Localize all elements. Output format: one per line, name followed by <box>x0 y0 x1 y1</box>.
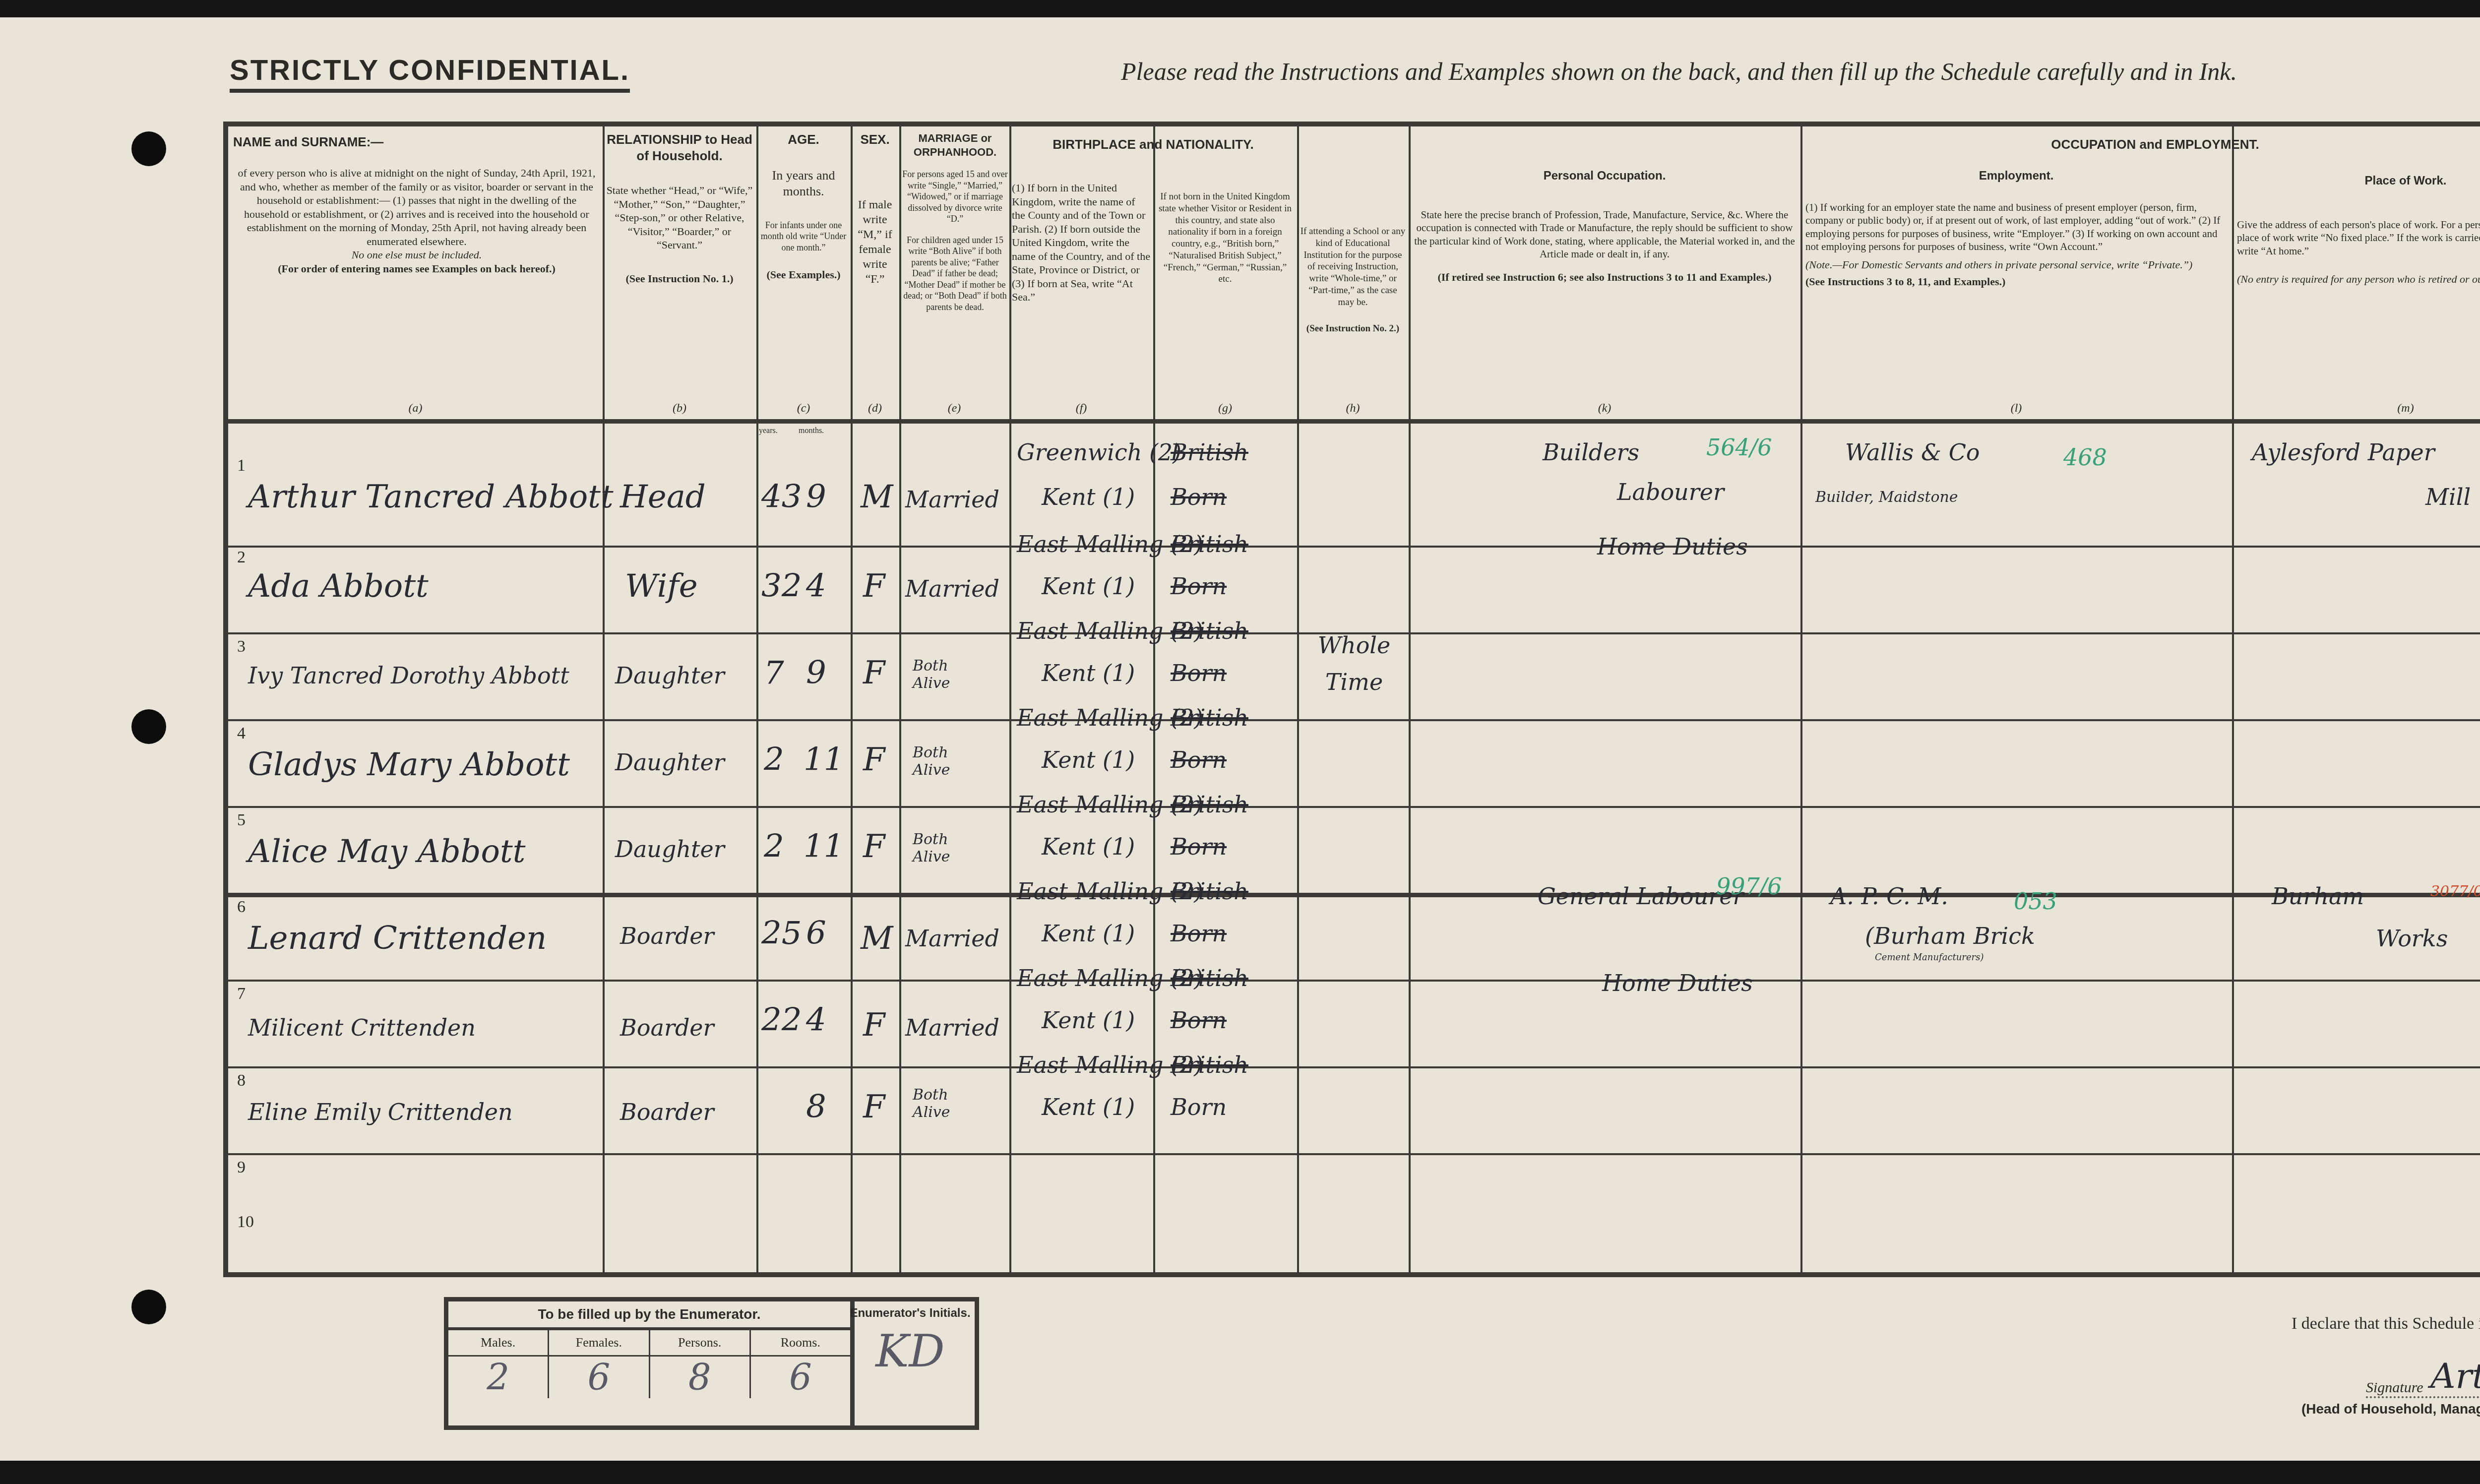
row-divider <box>228 806 2480 808</box>
header-name-body: of every person who is alive at midnight… <box>236 166 598 248</box>
column-letter-m: (m) <box>2232 402 2480 415</box>
person-name: Ada Abbott <box>248 568 429 605</box>
marriage-value: Both Alive <box>913 831 987 866</box>
nationality-value: British <box>1171 965 1248 991</box>
enumerator-summary-box: To be filled up by the Enumerator. Males… <box>444 1297 855 1430</box>
school-value: Whole Time <box>1309 627 1399 700</box>
employer-value: Wallis & Co <box>1845 439 1980 466</box>
instruction-line: Please read the Instructions and Example… <box>1121 57 2237 86</box>
header-occupation-body: State here the precise branch of Profess… <box>1414 208 1796 260</box>
header-relationship-footer: (See Instruction No. 1.) <box>605 272 754 286</box>
age-months-label: months. <box>799 427 824 435</box>
marriage-value: Married <box>905 925 999 952</box>
header-name-note: No one else must be included. <box>236 248 598 262</box>
employer-value-2: Builder, Maidstone <box>1815 489 1958 506</box>
header-age-note: For infants under one month old write “U… <box>759 220 848 253</box>
males-label: Males. <box>448 1330 548 1357</box>
nationality-value-2: Born <box>1171 1007 1227 1034</box>
age-years-value: 32 <box>761 568 802 605</box>
workplace-value-2: Mill <box>2425 484 2471 510</box>
person-name: Arthur Tancred Abbott <box>248 479 614 515</box>
header-marriage-title: MARRIAGE or ORPHANHOOD. <box>902 131 1008 159</box>
age-months-value: 11 <box>804 828 844 865</box>
occupation-value: Home Duties <box>1597 533 1748 560</box>
birthplace-county-value: Kent (1) <box>1042 746 1135 773</box>
employer-value-3: Cement Manufacturers) <box>1875 952 1984 963</box>
age-years-value: 2 <box>764 742 784 778</box>
sex-value: M <box>861 920 893 957</box>
column-letter-f: (f) <box>1009 402 1153 415</box>
birthplace-county-value: Kent (1) <box>1042 833 1135 860</box>
row-divider <box>228 546 2480 548</box>
relationship-value: Boarder <box>620 1099 714 1125</box>
nationality-value: British <box>1171 439 1248 466</box>
females-label: Females. <box>549 1330 648 1357</box>
column-letter-l: (l) <box>1800 402 2232 415</box>
age-months-value: 8 <box>806 1089 826 1125</box>
row-divider <box>228 980 2480 982</box>
header-divider <box>228 419 2480 424</box>
sex-value: F <box>863 742 885 778</box>
females-value: 6 <box>549 1357 648 1398</box>
nationality-value-2: Born <box>1171 484 1227 510</box>
row-number: 3 <box>237 637 246 656</box>
header-employment-body: (1) If working for an employer state the… <box>1805 201 2227 253</box>
punch-hole <box>131 131 166 166</box>
person-name: Gladys Mary Abbott <box>248 746 570 783</box>
relationship-value: Wife <box>625 568 698 605</box>
age-years-value: 43 <box>761 479 802 515</box>
enumerator-initials-box: Enumerator's Initials. KD <box>846 1297 979 1430</box>
nationality-value-2: Born <box>1171 920 1227 947</box>
header-employment-note: (Note.—For Domestic Servants and others … <box>1805 258 2227 272</box>
occupation-value: Home Duties <box>1602 970 1753 996</box>
row-number: 8 <box>237 1071 246 1090</box>
age-months-value: 6 <box>806 915 826 952</box>
page-title: STRICTLY CONFIDENTIAL. <box>230 54 630 93</box>
header-school-body: If attending a School or any kind of Edu… <box>1300 226 1406 308</box>
row-number: 7 <box>237 985 246 1003</box>
column-letter-h: (h) <box>1297 402 1409 415</box>
header-birthplace-title: BIRTHPLACE and NATIONALITY. <box>1012 136 1295 153</box>
sex-value: F <box>863 568 885 605</box>
header-marriage-body-children: For children aged under 15 write “Both A… <box>902 235 1008 313</box>
column-letter-e: (e) <box>899 402 1009 415</box>
signature-label: Signature <box>2366 1379 2423 1396</box>
birthplace-county-value: Kent (1) <box>1042 1007 1135 1034</box>
column-letter-b: (b) <box>603 402 756 415</box>
person-name: Alice May Abbott <box>248 833 526 870</box>
marriage-value: Both Alive <box>913 657 987 692</box>
nationality-value: British <box>1171 878 1248 905</box>
header-sex-body: If male write “M,” if female write “F.” <box>852 197 898 287</box>
age-years-value: 22 <box>761 1002 802 1039</box>
person-name: Eline Emily Crittenden <box>248 1099 513 1125</box>
header-relationship-body: State whether “Head,” or “Wife,” “Mother… <box>605 184 754 252</box>
signature-line: Signature Arthur Tancred Abbott <box>2366 1361 2480 1398</box>
header-school-footer: (See Instruction No. 2.) <box>1300 323 1406 335</box>
person-name: Milicent Crittenden <box>248 1014 476 1041</box>
age-years-value: 7 <box>764 655 784 691</box>
age-years-value: 2 <box>764 828 784 865</box>
occupation-code: 997/6 <box>1716 873 1782 900</box>
header-workplace-note: (No entry is required for any person who… <box>2237 272 2480 286</box>
nationality-value-2: Born <box>1171 1094 1227 1120</box>
birthplace-county-value: Kent (1) <box>1042 660 1135 686</box>
relationship-value: Boarder <box>620 923 714 949</box>
nationality-value: British <box>1171 618 1248 644</box>
header-occupation-group: OCCUPATION and EMPLOYMENT. <box>1409 136 2480 153</box>
occupation-value: Builders <box>1543 439 1639 466</box>
column-letter-d: (d) <box>851 402 899 415</box>
birthplace-value: Greenwich (2) <box>1017 439 1181 466</box>
row-divider <box>228 893 2480 897</box>
column-letter-k: (k) <box>1409 402 1800 415</box>
header-workplace-title: Place of Work. <box>2237 174 2480 188</box>
marriage-value: Married <box>905 486 999 513</box>
sex-value: F <box>863 655 885 691</box>
workplace-value: Burham <box>2272 883 2364 910</box>
column-letter-c: (c) <box>756 402 851 415</box>
age-years-value: 25 <box>761 915 802 952</box>
sex-value: F <box>863 828 885 865</box>
relationship-value: Daughter <box>615 836 725 863</box>
relationship-value: Boarder <box>620 1014 714 1041</box>
nationality-value: British <box>1171 1051 1248 1078</box>
row-number: 1 <box>237 456 246 475</box>
birthplace-county-value: Kent (1) <box>1042 484 1135 510</box>
column-age <box>756 126 853 1272</box>
initials-value: KD <box>846 1325 975 1377</box>
nationality-value-2: Born <box>1171 573 1227 600</box>
header-employment-footer: (See Instructions 3 to 8, 11, and Exampl… <box>1805 275 2227 289</box>
rooms-label: Rooms. <box>751 1330 850 1357</box>
employer-code: 053 <box>2014 888 2057 915</box>
marriage-value: Both Alive <box>913 744 987 779</box>
row-divider <box>228 719 2480 721</box>
age-years-label: years. <box>759 427 778 435</box>
employer-code: 468 <box>2063 444 2107 471</box>
employer-value-2: (Burham Brick <box>1865 923 2035 949</box>
birthplace-county-value: Kent (1) <box>1042 573 1135 600</box>
row-number: 4 <box>237 724 246 743</box>
age-months-value: 9 <box>806 655 826 691</box>
employer-value: A. P. C. M. <box>1830 883 1948 910</box>
marriage-value: Married <box>905 1014 999 1041</box>
persons-label: Persons. <box>650 1330 749 1357</box>
column-occupation <box>1409 126 1802 1272</box>
header-name-title: NAME and SURNAME:— <box>233 134 600 150</box>
sex-value: M <box>861 479 893 515</box>
header-employment-title: Employment. <box>1805 169 2227 184</box>
nationality-value: British <box>1171 531 1248 557</box>
row-number: 5 <box>237 811 246 830</box>
person-name: Lenard Crittenden <box>248 920 547 957</box>
row-number: 2 <box>237 548 246 567</box>
header-age-body: In years and months. <box>759 168 848 200</box>
header-occupation-title: Personal Occupation. <box>1414 169 1796 184</box>
workplace-value-2: Works <box>2376 925 2448 952</box>
declaration-text: I declare that this Schedule is correctl… <box>2292 1314 2480 1333</box>
sex-value: F <box>863 1089 885 1125</box>
sex-value: F <box>863 1007 885 1044</box>
workplace-code: 3077/05 <box>2430 883 2480 900</box>
nationality-value: British <box>1171 791 1248 818</box>
census-form-table: NAME and SURNAME:— of every person who i… <box>223 122 2480 1277</box>
occupation-value: General Labourer <box>1538 883 1744 910</box>
nationality-value: British <box>1171 704 1248 731</box>
column-letter-g: (g) <box>1153 402 1297 415</box>
workplace-value: Aylesford Paper <box>2252 439 2435 466</box>
person-name: Ivy Tancred Dorothy Abbott <box>248 662 569 689</box>
initials-label: Enumerator's Initials. <box>846 1301 975 1325</box>
rooms-value: 6 <box>751 1357 850 1398</box>
marriage-value: Both Alive <box>913 1086 987 1121</box>
males-value: 2 <box>448 1357 548 1398</box>
birthplace-county-value: Kent (1) <box>1042 920 1135 947</box>
nationality-value-2: Born <box>1171 660 1227 686</box>
punch-hole <box>131 1290 166 1324</box>
header-marriage-body: For persons aged 15 and over write “Sing… <box>902 169 1008 225</box>
relationship-value: Daughter <box>615 662 725 689</box>
persons-value: 8 <box>650 1357 749 1398</box>
relationship-value: Head <box>620 479 706 515</box>
age-months-value: 4 <box>806 1002 826 1039</box>
row-number: 10 <box>237 1213 254 1232</box>
nationality-value-2: Born <box>1171 746 1227 773</box>
relationship-value: Daughter <box>615 749 725 776</box>
summary-header: To be filled up by the Enumerator. <box>448 1301 850 1330</box>
occupation-code: 564/6 <box>1706 434 1772 461</box>
header-age-title: AGE. <box>759 131 848 148</box>
header-age-footer: (See Examples.) <box>759 268 848 282</box>
marriage-value: Married <box>905 575 999 602</box>
column-workplace <box>2232 126 2480 1272</box>
header-occupation-footer: (If retired see Instruction 6; see also … <box>1414 270 1796 284</box>
column-letter-a: (a) <box>228 402 603 415</box>
age-months-value: 9 <box>806 479 826 515</box>
age-months-value: 11 <box>804 742 844 778</box>
punch-hole <box>131 709 166 744</box>
age-months-value: 4 <box>806 568 826 605</box>
header-birthplace-body: (1) If born in the United Kingdom, write… <box>1012 181 1151 304</box>
header-sex-title: SEX. <box>852 131 898 148</box>
row-divider <box>228 1153 2480 1155</box>
row-number: 6 <box>237 898 246 917</box>
signature-value: Arthur Tancred Abbott <box>2430 1356 2480 1396</box>
header-name-footer: (For order of entering names see Example… <box>236 262 598 276</box>
nationality-value-2: Born <box>1171 833 1227 860</box>
occupation-value-2: Labourer <box>1617 479 1724 505</box>
signature-subtitle: (Head of Household, Manager of Establish… <box>2301 1401 2480 1417</box>
column-employment <box>1800 126 2234 1272</box>
row-number: 9 <box>237 1158 246 1177</box>
birthplace-county-value: Kent (1) <box>1042 1094 1135 1120</box>
header-relationship-title: RELATIONSHIP to Head of Household. <box>605 131 754 164</box>
header-workplace-body: Give the address of each person's place … <box>2237 218 2480 257</box>
row-divider <box>228 1066 2480 1068</box>
header-nationality-body: If not born in the United Kingdom state … <box>1156 191 1295 285</box>
